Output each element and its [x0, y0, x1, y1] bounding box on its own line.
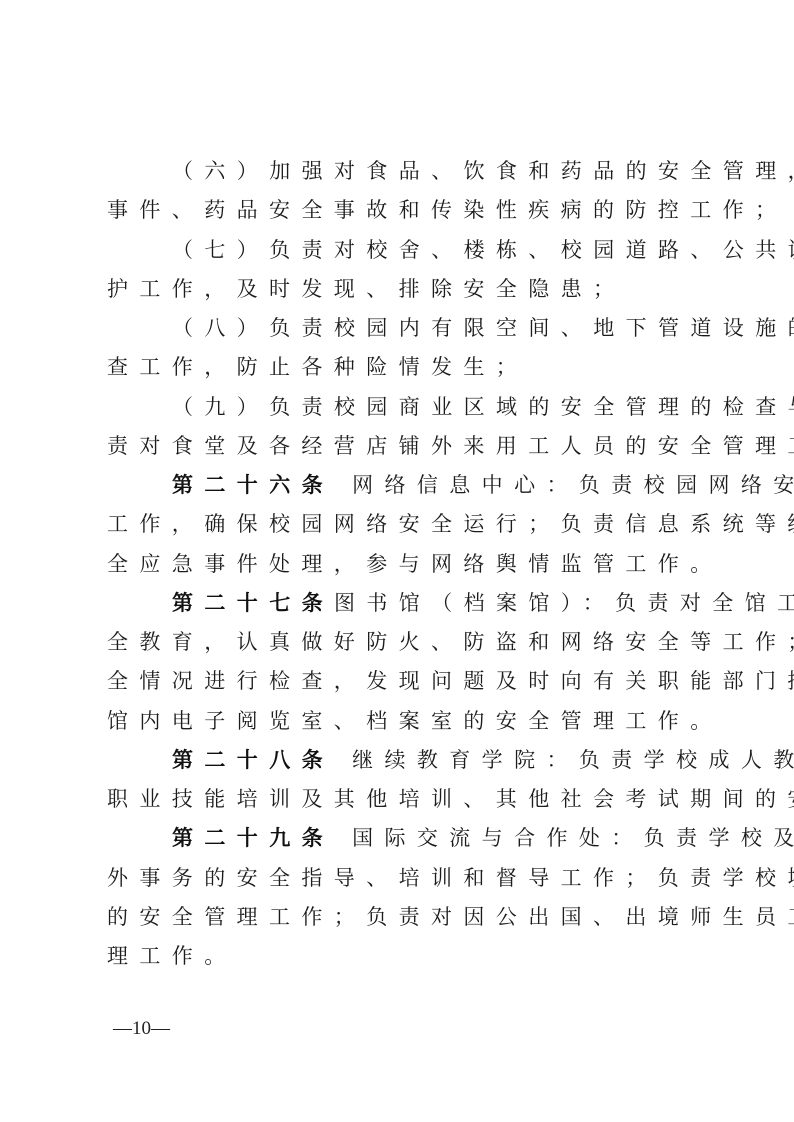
item-9-line-2: 责对食堂及各经营店铺外来用工人员的安全管理工作。 [107, 427, 697, 466]
article-29-number: 第二十九条 [172, 826, 334, 850]
article-28-line-1: 第二十八条 继续教育学院：负责学校成人教育、继续教育、 [107, 741, 697, 780]
article-29-line-1: 第二十九条 国际交流与合作处：负责学校及各二级单位涉 [107, 819, 697, 858]
article-29-line-4: 理工作。 [107, 937, 697, 976]
item-6-line-2: 事件、药品安全事故和传染性疾病的防控工作； [107, 191, 697, 230]
item-8-line-2: 查工作，防止各种险情发生； [107, 348, 697, 387]
item-7-line-2: 护工作，及时发现、排除安全隐患； [107, 270, 697, 309]
article-26-line-3: 全应急事件处理，参与网络舆情监管工作。 [107, 545, 697, 584]
article-28-heading-text: 继续教育学院：负责学校成人教育、继续教育、 [334, 748, 794, 772]
article-27-line-1: 第二十七条图书馆（档案馆）：负责对全馆工作人员进行安 [107, 584, 697, 623]
document-page: （六）加强对食品、饮食和药品的安全管理，做好食物中毒 事件、药品安全事故和传染性… [0, 0, 794, 1122]
article-28-number: 第二十八条 [172, 748, 334, 772]
article-29-heading-text: 国际交流与合作处：负责学校及各二级单位涉 [334, 826, 794, 850]
page-number: —10— [113, 1018, 170, 1040]
item-7-line-1: （七）负责对校舍、楼栋、校园道路、公共设施的检查和维 [107, 231, 697, 270]
article-26-number: 第二十六条 [172, 473, 334, 497]
article-27-number: 第二十七条 [172, 591, 334, 615]
document-body: （六）加强对食品、饮食和药品的安全管理，做好食物中毒 事件、药品安全事故和传染性… [107, 152, 697, 976]
article-26-line-2: 工作，确保校园网络安全运行；负责信息系统等级保护、网络安 [107, 505, 697, 544]
article-27-line-2: 全教育，认真做好防火、防盗和网络安全等工作；定期对馆内安 [107, 623, 697, 662]
item-6-line-1: （六）加强对食品、饮食和药品的安全管理，做好食物中毒 [107, 152, 697, 191]
article-29-line-3: 的安全管理工作；负责对因公出国、出境师生员工的安全教育管 [107, 898, 697, 937]
article-27-heading-text: 图书馆（档案馆）：负责对全馆工作人员进行安 [334, 591, 794, 615]
article-26-heading-text: 网络信息中心：负责校园网络安全的技术防范 [334, 473, 794, 497]
item-9-line-1: （九）负责校园商业区域的安全管理的检查与督促工作；负 [107, 388, 697, 427]
item-8-line-1: （八）负责校园内有限空间、地下管道设施的日常管理和巡 [107, 309, 697, 348]
article-27-line-3: 全情况进行检查，发现问题及时向有关职能部门报告解决；负责 [107, 662, 697, 701]
article-27-line-4: 馆内电子阅览室、档案室的安全管理工作。 [107, 702, 697, 741]
article-28-line-2: 职业技能培训及其他培训、其他社会考试期间的安全管理工作。 [107, 780, 697, 819]
article-26-line-1: 第二十六条 网络信息中心：负责校园网络安全的技术防范 [107, 466, 697, 505]
article-29-line-2: 外事务的安全指导、培训和督导工作；负责学校境内外合作办学 [107, 859, 697, 898]
